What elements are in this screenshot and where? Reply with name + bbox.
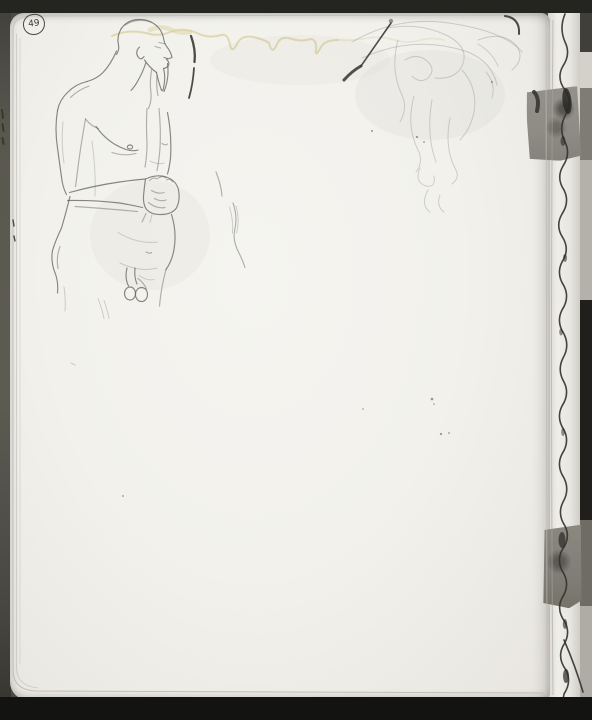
background-bottom-band	[0, 697, 592, 720]
background-top-band	[0, 0, 592, 13]
wisp-strokes	[216, 172, 245, 268]
dust-specks	[122, 81, 493, 497]
page-number-label: 49	[28, 19, 40, 29]
torn-gutter-edge	[552, 14, 584, 700]
pencil-drawing-layer	[0, 0, 592, 720]
dark-strokes-beside-head	[189, 36, 195, 98]
photographed-sketchbook-page: 49	[0, 0, 592, 720]
